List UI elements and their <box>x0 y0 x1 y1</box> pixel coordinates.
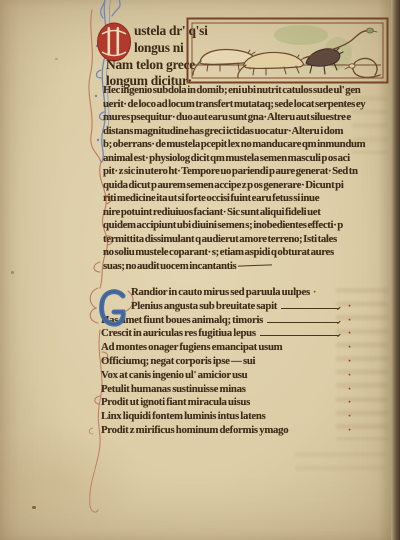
incipit-line: Nam telon grece <box>106 57 195 73</box>
verse-line: Linx liquidi fontem luminis intus latens… <box>101 410 351 424</box>
text-line: nire potuint rediuiuos faciant· Sic sunt… <box>103 206 390 220</box>
verse-block: Randior in cauto mirus sed paruula uulpe… <box>101 286 351 438</box>
line-filler-dot: · <box>344 369 351 383</box>
text-line: uerit· de loco ad locum transfert mutata… <box>103 98 390 112</box>
text-line: animal est· physiolog dicit qm mustela s… <box>103 152 390 166</box>
line-filler-dot: · <box>344 300 351 314</box>
line-filler-dot: · <box>344 327 351 341</box>
verso-showthrough <box>295 452 385 478</box>
verse-line: Crescit in auriculas res fugitiua lepus· <box>101 327 351 341</box>
line-filler-dot: · <box>344 355 351 369</box>
green-wash <box>274 25 328 45</box>
verse-line: Prodit ut ignoti fiant miracula uisus· <box>101 396 351 410</box>
ink-speck <box>32 506 36 509</box>
incipit-line: longus ni <box>134 40 183 56</box>
verse-line: Prodit z mirificus hominum deformis ymag… <box>101 424 351 438</box>
line-filler-dash <box>267 321 339 323</box>
text-line: riti medicine ita ut si forte occisi fui… <box>103 192 390 206</box>
manuscript-page: ustela dr' q'si longus ni Nam telon grec… <box>0 0 400 540</box>
line-filler-dot: · <box>344 383 351 397</box>
weasel-miniature <box>186 17 389 85</box>
ink-speck <box>11 271 14 274</box>
book-edge <box>391 0 400 540</box>
text-line: quidem accipiunt ubi diuini semen s; ino… <box>103 219 390 233</box>
text-line: distans magnitudine has greci ictidas uo… <box>103 125 390 139</box>
line-filler-dot: · <box>344 424 351 438</box>
ink-speck <box>55 58 58 60</box>
verse-line: Has timet fiunt boues animalq; timoris· <box>101 314 351 328</box>
text-line: termittita dissimulant q audierut amore … <box>103 233 390 247</box>
line-filler-dot: · <box>344 341 351 355</box>
illuminated-initial-G <box>97 287 129 327</box>
line-filler-dot: · <box>344 410 351 424</box>
verse-line: Randior in cauto mirus sed paruula uulpe… <box>101 286 351 300</box>
line-filler-dot: · <box>344 314 351 328</box>
line-filler-dash <box>281 307 339 309</box>
text-line: Hec ingenio subdola in domib; eni ubi nu… <box>103 84 390 98</box>
text-line: quida dicut p aurem semen accipe z p os … <box>103 179 390 193</box>
page-curve-shadow <box>378 0 392 540</box>
text-line: suas; no audit uocem incantantis <box>103 260 390 274</box>
line-filler-dash <box>260 334 339 336</box>
line-filler-dot: · <box>344 396 351 410</box>
verse-line: Petulit humanas sustinuisse minas· <box>101 383 351 397</box>
text-line: no soliu mustele coparant· s; etiam aspi… <box>103 246 390 260</box>
serpent-icon <box>345 59 380 78</box>
line-end-swash <box>238 264 272 266</box>
verse-line: Officiumq; negat corporis ipse — sui· <box>101 355 351 369</box>
text-line: b; oberrans· de mustela pcepit lex no ma… <box>103 138 390 152</box>
text-line: mures psequitur· duo aut earu sunt gna· … <box>103 111 390 125</box>
line-filler-dot: · <box>313 286 316 300</box>
verse-line: Plenius angusta sub breuitate sapit· <box>101 300 351 314</box>
main-text-block: Hec ingenio subdola in domib; eni ubi nu… <box>103 84 390 274</box>
verse-line: Vox at canis ingenio ul' amicior usu· <box>101 369 351 383</box>
text-line: pit· z sic in utero ht· Tempore uo parie… <box>103 165 390 179</box>
text-line-text: suas; no audit uocem incantantis <box>103 260 236 272</box>
verse-line: Ad montes onager fugiens emancipat usum· <box>101 341 351 355</box>
